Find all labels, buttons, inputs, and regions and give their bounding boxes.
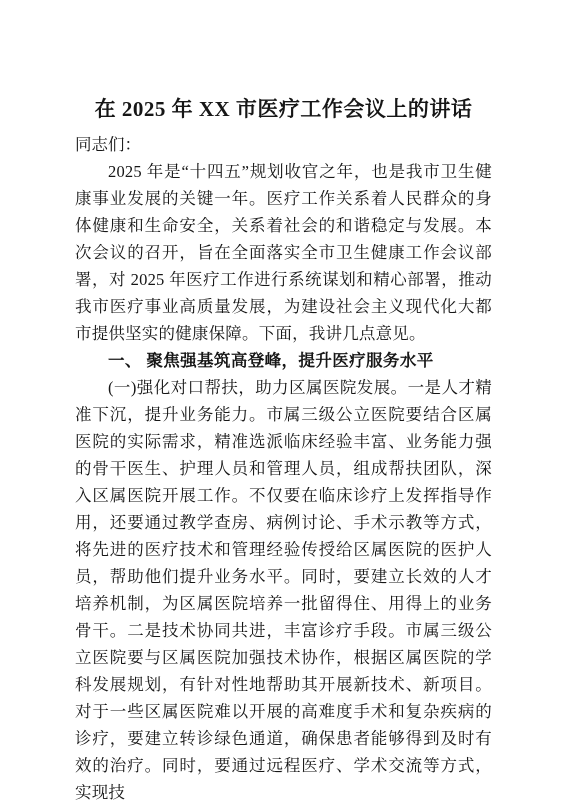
paragraph-intro: 2025 年是“十四五”规划收官之年，也是我市卫生健康事业发展的关键一年。医疗工… (75, 158, 492, 347)
document-page: 在 2025 年 XX 市医疗工作会议上的讲话 同志们： 2025 年是“十四五… (0, 0, 570, 807)
section-heading-1: 一、 聚焦强基筑高登峰，提升医疗服务水平 (75, 347, 492, 374)
paragraph-section-1-content: (一)强化对口帮扶，助力区属医院发展。一是人才精准下沉，提升业务能力。市属三级公… (75, 374, 492, 806)
salutation-line: 同志们： (75, 131, 492, 158)
document-title: 在 2025 年 XX 市医疗工作会议上的讲话 (75, 94, 492, 124)
document-body: 在 2025 年 XX 市医疗工作会议上的讲话 同志们： 2025 年是“十四五… (75, 94, 492, 806)
